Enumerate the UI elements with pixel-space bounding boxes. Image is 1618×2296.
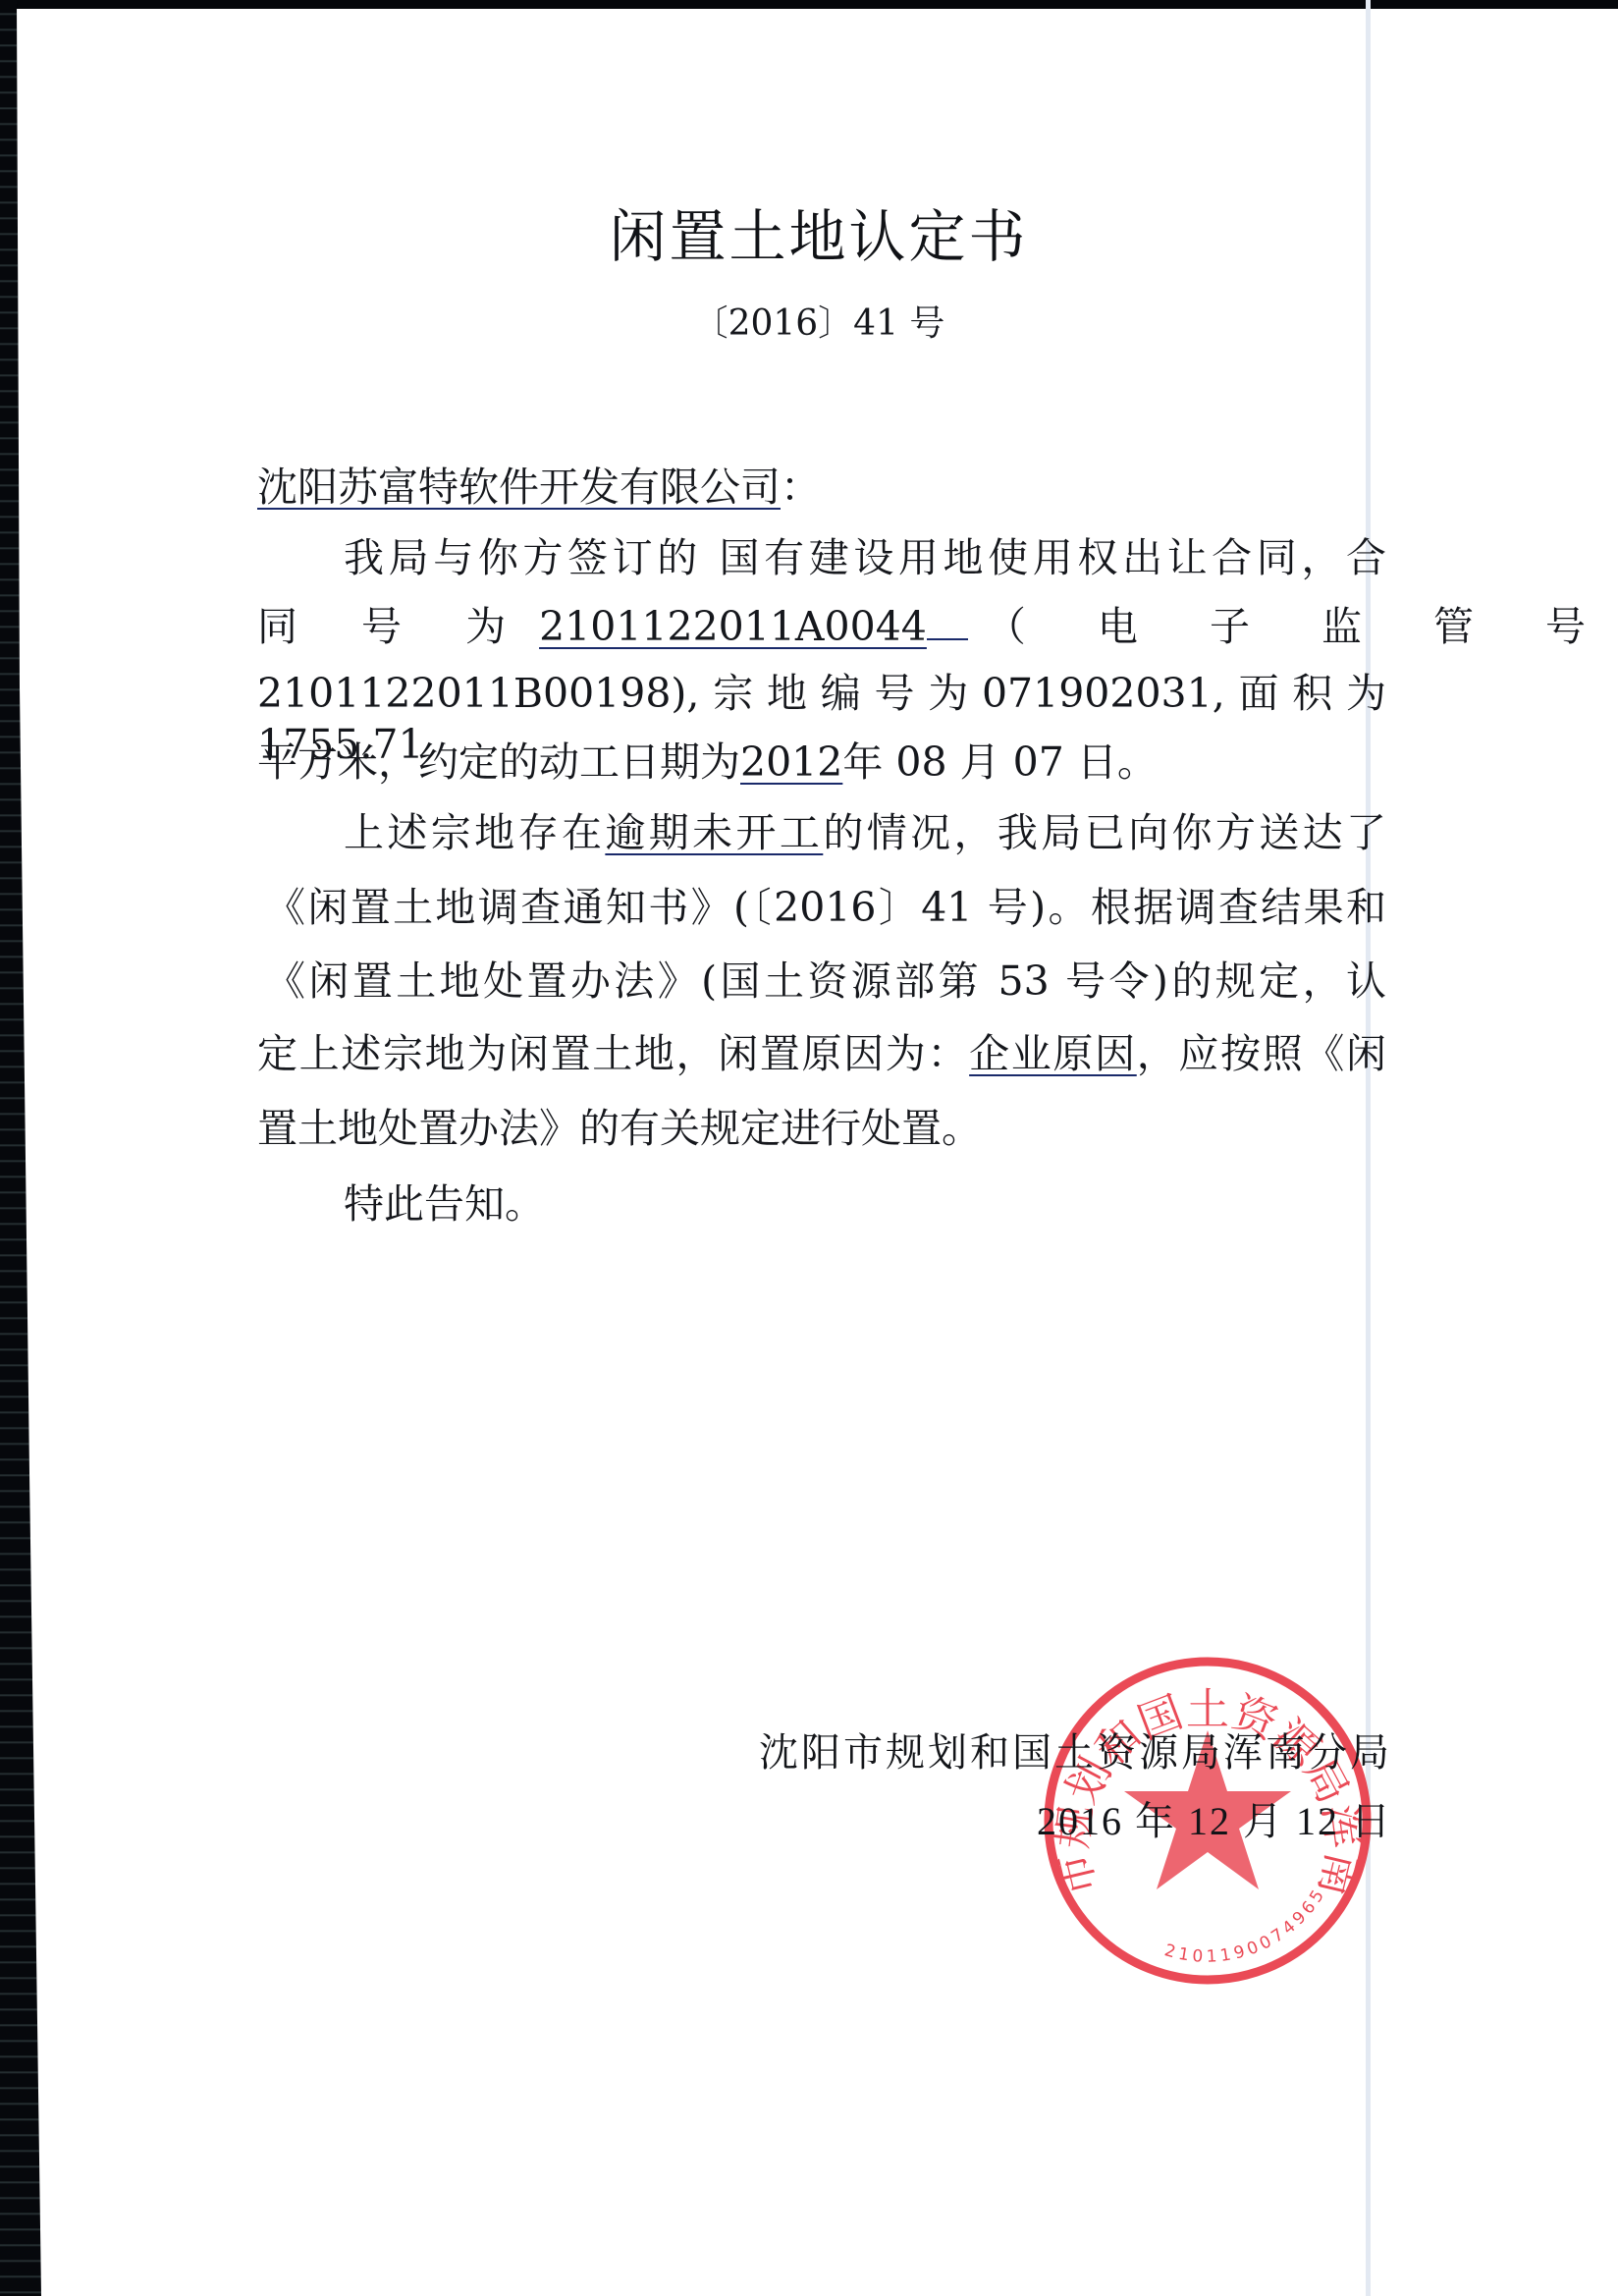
document-number: 〔2016〕41 号 [0, 301, 1618, 348]
start-year: 2012 [740, 738, 842, 786]
paragraph1-line1: 我局与你方签订的 国有建设用地使用权出让合同，合 [344, 532, 1386, 583]
supervision-label: （ 电 子 监 管 号 为 [986, 603, 1618, 650]
paragraph1-line2: 同 号 为2101122011A0044（ 电 子 监 管 号 为 [257, 601, 1386, 652]
paragraph2-line1: 上述宗地存在逾期未开工的情况，我局已向你方送达了 [344, 807, 1386, 858]
closing-text: 特此告知。 [344, 1178, 545, 1230]
paragraph2-line5: 置土地处置办法》的有关规定进行处置。 [257, 1103, 982, 1154]
addressee-line: 沈阳苏富特软件开发有限公司： [257, 462, 821, 513]
start-date-label: 平方米，约定的动工日期为 [257, 738, 740, 786]
situation-label: 上述宗地存在 [344, 809, 605, 856]
notice-sent-text: 的情况，我局已向你方送达了 [823, 809, 1386, 856]
start-date-rest: 年 08 月 07 日。 [842, 738, 1157, 786]
addressee-colon: ： [781, 464, 821, 511]
paragraph2-line2: 《闲置土地调查通知书》(〔2016〕41 号)。根据调查结果和 [265, 882, 1386, 933]
contract-number: 2101122011A0044 [539, 603, 927, 650]
document-title: 闲置土地认定书 [0, 202, 1618, 271]
disposal-text: ，应按照《闲 [1137, 1030, 1386, 1077]
seal-serial: 2101190074965 [1162, 1884, 1330, 1967]
idle-situation: 逾期未开工 [605, 809, 823, 856]
addressee-name: 沈阳苏富特软件开发有限公司 [257, 464, 781, 511]
contract-number-blank [927, 603, 968, 640]
reason-label: 定上述宗地为闲置土地，闲置原因为： [257, 1030, 969, 1077]
paragraph1-line4: 平方米，约定的动工日期为2012年 08 月 07 日。 [257, 737, 1158, 788]
scan-border-top [0, 0, 1618, 9]
idle-reason: 企业原因 [969, 1030, 1137, 1077]
issue-date: 2016 年 12 月 12 日 [1037, 1797, 1392, 1846]
issuer-name: 沈阳市规划和国土资源局浑南分局 [759, 1728, 1392, 1777]
paragraph2-line4: 定上述宗地为闲置土地，闲置原因为：企业原因，应按照《闲 [257, 1028, 1386, 1079]
contract-label: 同 号 为 [257, 603, 531, 650]
paragraph2-line3: 《闲置土地处置办法》(国土资源部第 53 号令)的规定，认 [265, 956, 1386, 1007]
